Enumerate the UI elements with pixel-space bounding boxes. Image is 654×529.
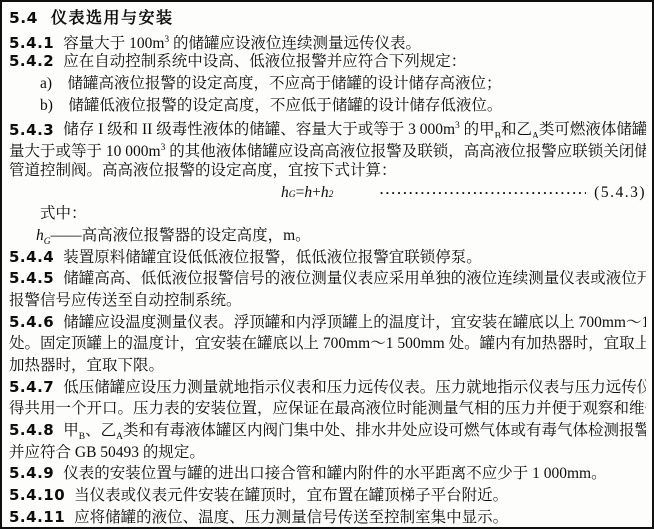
document-page: 5.4仪表选用与安装5.4.1容量大于 100m3 的储罐应设液位连续测量远传仪… [0,0,654,529]
clause-5-4-3-cont-2: 管道控制阀。高高液位报警的设定高度，宜按下式计算： [9,160,646,182]
formula-variable: h [281,182,289,204]
clause-number: 5.4.11 [9,508,65,526]
heading-5-4: 5.4仪表选用与安装 [9,7,646,29]
clause-5-4-8-cont: 并应符合 GB 50493 的规定。 [9,442,646,464]
item-b: b) 储罐低液位报警的设定高度，不应低于储罐的设计储存低液位。 [9,95,646,117]
text-run: 式中： [40,205,87,222]
formula-variable: h [36,227,44,244]
text-run: 和乙 [501,122,532,139]
clause-5-4-1: 5.4.1容量大于 100m3 的储罐应设液位连续测量远传仪表。 [9,30,646,52]
text-run: + [312,182,321,204]
text-run: 应在自动控制系统中设高、低液位报警并应符合下列规定： [63,53,466,70]
text-run: 储罐应设温度测量仪表。浮顶罐和内浮顶罐上的温度计，宜安装在罐底以上 700mm～… [63,314,646,331]
clause-number: 5.4.5 [9,269,54,287]
clause-number: 5.4.9 [9,464,54,482]
clause-5-4-4: 5.4.4装置原料储罐宜设低低液位报警，低低液位报警宜联锁停泵。 [9,247,646,269]
clause-5-4-6-cont-1: 处。固定顶罐上的温度计，宜安装在罐底以上 700mm～1 500mm 处。罐内有… [9,333,646,355]
clause-number: 5.4.10 [9,486,65,504]
text-run: 管道控制阀。高高液位报警的设定高度，宜按下式计算： [9,162,397,179]
clause-5-4-10: 5.4.10当仪表或仪表元件安装在罐顶时，宜布置在罐顶梯子平台附近。 [9,485,646,507]
text-run: 得共用一个开口。压力表的安装位置，应保证在最高液位时能测量气相的压力并便于观察和… [9,400,646,417]
text-run: 、乙 [85,422,116,439]
clause-number: 5.4 [9,9,38,27]
clause-5-4-7-cont: 得共用一个开口。压力表的安装位置，应保证在最高液位时能测量气相的压力并便于观察和… [9,398,646,420]
text-run: 的其他液体储罐应设高高液位报警及联锁，高高液位报警应联锁关闭储罐进口 [165,143,646,160]
text-run: 的储罐应设液位连续测量远传仪表。 [169,35,421,52]
text-run: a) 储罐高液位报警的设定高度，不应高于储罐的设计储存高液位； [40,75,502,92]
text-run: 类可燃液体储罐、容 [539,122,646,139]
clause-5-4-6: 5.4.6储罐应设温度测量仪表。浮顶罐和内浮顶罐上的温度计，宜安装在罐底以上 7… [9,312,646,334]
clause-number: 5.4.6 [9,313,54,331]
formula-variable: h [304,182,312,204]
text-run: 量大于或等于 10 000m [9,143,161,160]
clause-5-4-5: 5.4.5储罐高高、低低液位报警信号的液位测量仪表应采用单独的液位连续测量仪表或… [9,268,646,290]
formula-symbol-definition: hG——高高液位报警器的设定高度，m。 [9,225,646,247]
formula-where-label: 式中： [9,203,646,225]
clause-5-4-5-cont: 报警信号应传送至自动控制系统。 [9,290,646,312]
text-run: ——高高液位报警器的设定高度，m。 [51,227,311,244]
item-a: a) 储罐高液位报警的设定高度，不应高于储罐的设计储存高液位； [9,73,646,95]
text-run: 容量大于 100m [63,35,164,52]
text-run: 储存 I 级和 II 级毒性液体的储罐、容量大于或等于 3 000m [63,122,455,139]
text-run: b) 储罐低液位报警的设定高度，不应低于储罐的设计储存低液位。 [40,97,502,114]
text-run: 类和有毒液体罐区内阀门集中处、排水井处应设可燃气体或有毒气体检测报警器， [123,422,646,439]
clause-5-4-8: 5.4.8甲B、乙A类和有毒液体罐区内阀门集中处、排水井处应设可燃气体或有毒气体… [9,420,646,442]
clause-number: 5.4.3 [9,121,54,139]
clause-5-4-9: 5.4.9仪表的安装位置与罐的进出口接合管和罐内附件的水平距离不应少于 1 00… [9,463,646,485]
text-run: 并应符合 GB 50493 的规定。 [9,444,205,461]
text-run: 加热器时，宜取下限。 [9,357,164,374]
text-run: 储罐高高、低低液位报警信号的液位测量仪表应采用单独的液位连续测量仪表或液位开关， [63,270,646,287]
text-run: 的甲 [460,122,495,139]
clause-5-4-7: 5.4.7低压储罐应设压力测量就地指示仪表和压力远传仪表。压力就地指示仪表与压力… [9,377,646,399]
text-run: = [296,182,305,204]
equation-number: (5.4.3) [594,182,646,204]
text-run: 仪表的安装位置与罐的进出口接合管和罐内附件的水平距离不应少于 1 000mm。 [63,465,606,482]
text-run: 报警信号应传送至自动控制系统。 [9,292,242,309]
clause-5-4-3-cont-1: 量大于或等于 10 000m3 的其他液体储罐应设高高液位报警及联锁，高高液位报… [9,138,646,160]
clause-5-4-3: 5.4.3储存 I 级和 II 级毒性液体的储罐、容量大于或等于 3 000m3… [9,116,646,138]
formula-variable-subscript: G [44,237,51,247]
clause-5-4-2: 5.4.2应在自动控制系统中设高、低液位报警并应符合下列规定： [9,51,646,73]
formula-5-4-3: hG=h+h2·································… [9,182,646,204]
subscript: A [116,432,123,442]
clause-5-4-6-cont-2: 加热器时，宜取下限。 [9,355,646,377]
formula-variable: h [321,182,329,204]
text-run: 处。固定顶罐上的温度计，宜安装在罐底以上 700mm～1 500mm 处。罐内有… [9,335,646,352]
clause-number: 5.4.2 [9,52,54,70]
document-body: 5.4仪表选用与安装5.4.1容量大于 100m3 的储罐应设液位连续测量远传仪… [9,7,646,529]
dotted-leader-icon: ········································… [379,182,586,204]
text-run: 当仪表或仪表元件安装在罐顶时，宜布置在罐顶梯子平台附近。 [74,487,508,504]
text-run: 低压储罐应设压力测量就地指示仪表和压力远传仪表。压力就地指示仪表与压力远传仪表不 [63,379,646,396]
text-run: 装置原料储罐宜设低低液位报警，低低液位报警宜联锁停泵。 [63,249,482,266]
text-run: 应将储罐的液位、温度、压力测量信号传送至控制室集中显示。 [74,509,508,526]
text-run: 甲 [63,422,79,439]
formula-variable-subscript: 2 [329,185,334,204]
clause-number: 5.4.1 [9,34,54,52]
formula-variable-subscript: G [289,185,296,204]
clause-number: 5.4.8 [9,421,54,439]
clause-number: 5.4.4 [9,248,54,266]
clause-number: 5.4.7 [9,378,54,396]
heading-text: 仪表选用与安装 [51,8,174,27]
clause-5-4-11: 5.4.11应将储罐的液位、温度、压力测量信号传送至控制室集中显示。 [9,507,646,529]
